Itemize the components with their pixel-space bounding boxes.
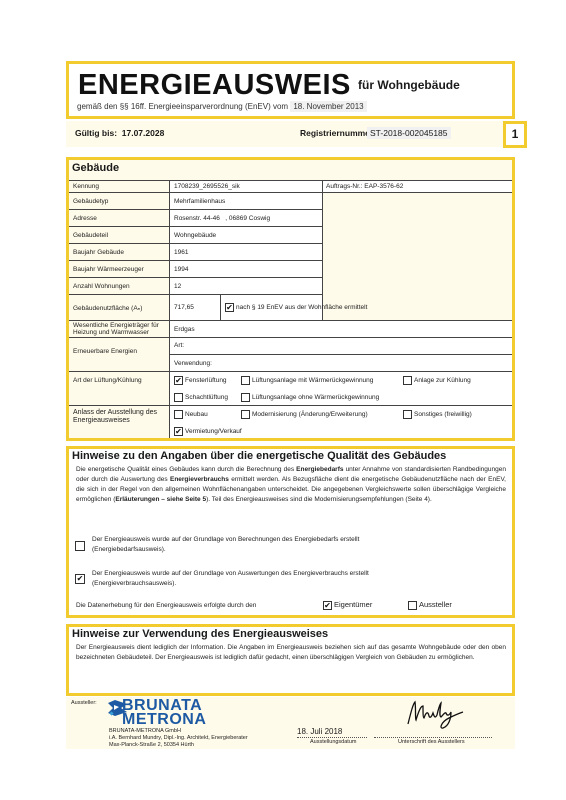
quality-notes-text: Die energetische Qualität eines Gebäudes… <box>76 465 506 505</box>
issuer-address: Max-Planck-Straße 2, 50354 Hürth <box>109 742 194 749</box>
order-number: Auftrags-Nr.: EAP-3576-62 <box>326 183 403 190</box>
usage-notes-title: Hinweise zur Verwendung des Energieauswe… <box>72 628 328 640</box>
consumption-certificate-label: Der Energieausweis wurde auf der Grundla… <box>92 569 392 589</box>
energy-background <box>170 320 512 370</box>
construction-year: 1961 <box>174 249 188 256</box>
row-label: Baujahr Wärmeerzeuger <box>73 266 144 273</box>
issuer-option-label: Aussteller <box>419 600 452 610</box>
ventilation-option: Anlage zur Kühlung <box>414 377 471 384</box>
signature-image <box>405 698 465 732</box>
ventilation-window-checkbox[interactable]: ✔ <box>174 376 183 385</box>
regulation-line: gemäß den §§ 16ff. Energieeinsparverordn… <box>77 102 367 111</box>
ventilation-recovery-checkbox[interactable] <box>241 376 250 385</box>
issuer-person: i.A. Bernhard Mundry, Dipl.-Ing. Archite… <box>109 735 248 742</box>
renewable-type-label: Art: <box>174 342 184 349</box>
page-number: 1 <box>503 121 527 148</box>
demand-certificate-checkbox[interactable] <box>75 541 85 551</box>
row-label: Kennung <box>73 183 99 190</box>
valid-until-label: Gültig bis: <box>75 128 117 138</box>
usable-area: 717,65 <box>174 304 194 311</box>
reason-option: Neubau <box>185 411 208 418</box>
issue-date: 18. Juli 2018 <box>297 727 342 736</box>
building-type: Mehrfamilienhaus <box>174 198 225 205</box>
row-label: Gebäudeteil <box>73 232 108 239</box>
registration-label: Registriernummer <box>300 128 373 138</box>
row-label: Gebäudenutzfläche (Aₙ) <box>73 304 142 312</box>
ventilation-no-recovery-checkbox[interactable] <box>241 393 250 402</box>
ventilation-option: Fensterlüftung <box>185 377 227 384</box>
ventilation-label: Art der Lüftung/Kühlung <box>73 377 142 384</box>
brunata-logo-text: BRUNATAMETRONA <box>122 699 206 727</box>
reason-new-building-checkbox[interactable] <box>174 410 183 419</box>
reason-option: Vermietung/Verkauf <box>185 428 242 435</box>
building-id: 1708239_2695526_sik <box>174 183 240 190</box>
regulation-date: 18. November 2013 <box>290 101 366 112</box>
regulation-text: gemäß den §§ 16ff. Energieeinsparverordn… <box>77 102 288 111</box>
owner-label: Eigentümer <box>334 600 372 610</box>
reason-option: Sonstiges (freiwillig) <box>414 411 472 418</box>
building-address: Rosenstr. 44-46 , 06869 Coswig <box>174 215 270 222</box>
document-title: ENERGIEAUSWEIS <box>78 69 351 102</box>
renewable-label: Erneuerbare Energien <box>73 348 137 355</box>
cooling-checkbox[interactable] <box>403 376 412 385</box>
apartment-count: 12 <box>174 283 181 290</box>
heater-year: 1994 <box>174 266 188 273</box>
signature-label: Unterschrift des Ausstellers <box>398 739 465 746</box>
area-checkbox-label: nach § 19 EnEV aus der Wohnfläche ermitt… <box>236 304 367 311</box>
reason-rental-sale-checkbox[interactable]: ✔ <box>174 427 183 436</box>
building-part: Wohngebäude <box>174 232 216 239</box>
row-label: Baujahr Gebäude <box>73 249 124 256</box>
ventilation-option: Lüftungsanlage ohne Wärmerückgewinnung <box>252 394 379 401</box>
energy-carrier-label: Wesentliche Energieträger für Heizung un… <box>73 322 167 336</box>
row-label: Anzahl Wohnungen <box>73 283 130 290</box>
owner-checkbox[interactable]: ✔ <box>323 601 332 610</box>
ventilation-option: Schachtlüftung <box>185 394 228 401</box>
ventilation-option: Lüftungsanlage mit Wärmerückgewinnung <box>252 377 373 384</box>
valid-until: Gültig bis: 17.07.2028 <box>75 128 164 138</box>
issue-date-label: Ausstellungsdatum <box>310 739 356 746</box>
usage-notes-text: Der Energieausweis dient lediglich der I… <box>76 643 506 663</box>
quality-notes-title: Hinweise zu den Angaben über die energet… <box>72 450 446 462</box>
shaft-ventilation-checkbox[interactable] <box>174 393 183 402</box>
building-section-title: Gebäude <box>72 162 119 174</box>
reason-other-checkbox[interactable] <box>403 410 412 419</box>
renewable-use-label: Verwendung: <box>174 360 212 367</box>
row-label: Gebäudetyp <box>73 198 108 205</box>
issuer-label: Aussteller: <box>71 700 97 707</box>
demand-certificate-label: Der Energieausweis wurde auf der Grundla… <box>92 535 392 555</box>
area-checkbox[interactable]: ✔ <box>225 303 234 312</box>
issuer-company: BRUNATA-METRONA GmbH <box>109 728 181 735</box>
row-label: Adresse <box>73 215 97 222</box>
energy-carrier-value: Erdgas <box>174 326 195 333</box>
reason-label: Anlass der Ausstellung des Energieauswei… <box>73 409 163 424</box>
document-subtitle: für Wohngebäude <box>358 78 460 92</box>
issuer-checkbox[interactable] <box>408 601 417 610</box>
consumption-certificate-checkbox[interactable]: ✔ <box>75 574 85 584</box>
reason-modernization-checkbox[interactable] <box>241 410 250 419</box>
registration-number: ST-2018-002045185 <box>367 127 451 139</box>
reason-option: Modernisierung (Änderung/Erweiterung) <box>252 411 368 418</box>
valid-until-date: 17.07.2028 <box>122 128 165 138</box>
data-collection-label: Die Datenerhebung für den Energieausweis… <box>76 601 256 611</box>
